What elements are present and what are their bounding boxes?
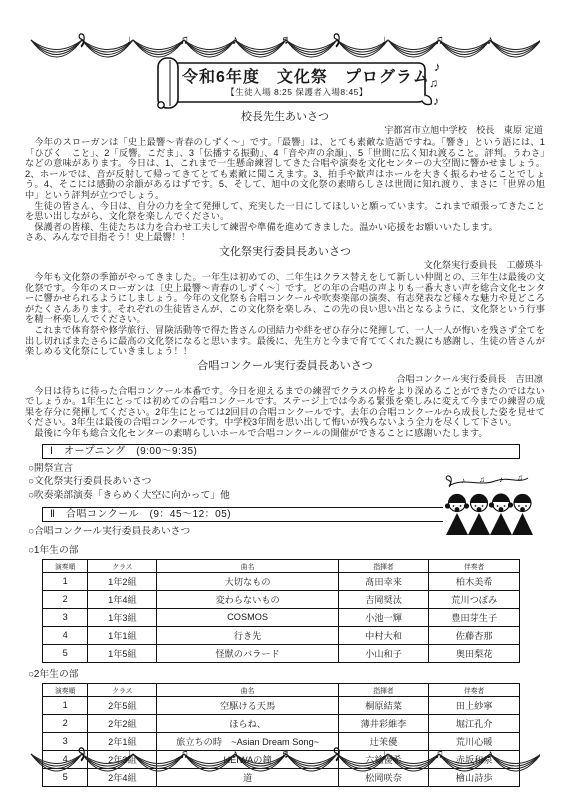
singing-children-illustration: ♪ ♫ ♪ ♫ — [443, 471, 533, 537]
music-note-icon: ♫ — [479, 475, 485, 484]
music-note-icon: ♫ — [429, 76, 438, 90]
table-cell: 怪獣のバラード — [157, 644, 338, 662]
table-header-row: 演奏順クラス曲名指揮者伴奏者 — [43, 559, 520, 572]
column-header: 伴奏者 — [429, 683, 520, 696]
column-header: 伴奏者 — [429, 559, 520, 572]
table-cell: 1年2組 — [88, 572, 157, 590]
music-garland-border: ♩♫♪♬♩♫♪ — [28, 747, 540, 793]
part2-section: Ⅱ 合唱コンクール (9：45～12：05) ♪ ♫ ♪ ♫ — [25, 507, 545, 522]
principal-greeting-heading: 校長先生あいさつ — [25, 111, 545, 124]
column-header: クラス — [88, 559, 157, 572]
table-cell: 4 — [43, 626, 88, 644]
table-cell: 中村大和 — [338, 626, 429, 644]
document-body: 校長先生あいさつ 宇都宮市立旭中学校 校長 東原 定道 今年のスローガンは「史上… — [25, 108, 545, 787]
music-note-icon: ♩ — [127, 747, 140, 761]
music-note-icon: ♫ — [517, 473, 523, 482]
table-cell: 小池一輝 — [338, 608, 429, 626]
table-cell: 空駆ける天馬 — [157, 696, 338, 714]
music-note-icon: ♩ — [127, 33, 140, 47]
music-note-icon: ♩ — [382, 33, 395, 47]
table-cell: 吉岡奨汰 — [338, 590, 429, 608]
grade1-program-table: 演奏順クラス曲名指揮者伴奏者11年2組大切なもの髙田幸来柏木美希21年4組変わら… — [42, 559, 520, 663]
table-cell: 荒川つぼみ — [429, 590, 520, 608]
music-note-icon: ♪ — [232, 747, 239, 761]
festival-chair-paragraph: 今年も文化祭の季節がやってきました。一年生は初めての、二年生はクラス替えをして新… — [25, 272, 545, 325]
table-cell: 田上紗寧 — [429, 696, 520, 714]
festival-chair-paragraph: これまで体育祭や修学旅行、冒険活動等で得た皆さんの団結力や絆をぜひ存分に発揮して… — [25, 325, 545, 357]
column-header: 演奏順 — [43, 559, 88, 572]
table-cell: 柏木美希 — [429, 572, 520, 590]
grade1-label: ○1年生の部 — [28, 544, 545, 557]
table-cell: 5 — [43, 644, 88, 662]
column-header: 曲名 — [157, 683, 338, 696]
table-cell: 行き先 — [157, 626, 338, 644]
principal-paragraph: 生徒の皆さん、今日は、自分の力を全て発揮して、充実した一日にしてほしいと願ってい… — [25, 201, 545, 222]
part1-opening-header: Ⅰ オープニング (9:00～9:35) — [42, 444, 520, 459]
table-cell: COSMOS — [157, 608, 338, 626]
music-note-icon: ♬ — [280, 33, 293, 47]
table-row: 41年1組行き先中村大和佐藤杏那 — [43, 626, 520, 644]
table-cell: 1 — [43, 696, 88, 714]
table-cell: 2 — [43, 714, 88, 732]
slogan-line: さあ、みんなで目指そう！史上最響！！ — [25, 232, 545, 243]
music-note-icon: ♫ — [434, 33, 444, 47]
table-cell: 1年4組 — [88, 590, 157, 608]
table-row: 12年5組空駆ける天馬桐原結菜田上紗寧 — [43, 696, 520, 714]
festival-chair-heading: 文化祭実行委員長あいさつ — [25, 246, 545, 259]
table-row: 11年2組大切なもの髙田幸来柏木美希 — [43, 572, 520, 590]
table-cell: 堀江孔介 — [429, 714, 520, 732]
table-row: 51年5組怪獣のバラード小山和子奥田梨花 — [43, 644, 520, 662]
program-page: ♩♫♪♬♩♫♪ ♪ ♫ ♪ 令和6年度 文化祭 プログラム 【生徒入場 8:25… — [0, 0, 566, 800]
music-note-icon: ♪ — [433, 94, 439, 108]
table-cell: 2年2組 — [88, 714, 157, 732]
table-cell: 髙田幸来 — [338, 572, 429, 590]
table-cell: 2 — [43, 590, 88, 608]
column-header: 指揮者 — [338, 683, 429, 696]
column-header: 曲名 — [157, 559, 338, 572]
music-note-icon: ♪ — [232, 33, 239, 47]
table-cell: 1年5組 — [88, 644, 157, 662]
table-cell: 桐原結菜 — [338, 696, 429, 714]
table-cell: 1年1組 — [88, 626, 157, 644]
table-cell: 変わらないもの — [157, 590, 338, 608]
table-header-row: 演奏順クラス曲名指揮者伴奏者 — [43, 683, 520, 696]
table-cell: 小山和子 — [338, 644, 429, 662]
table-cell: 2年5組 — [88, 696, 157, 714]
music-note-icon: ♪ — [487, 33, 494, 47]
table-cell: 大切なもの — [157, 572, 338, 590]
page-title: 令和6年度 文化祭 プログラム — [182, 64, 412, 87]
entry-times: 【生徒入場 8:25 保護者入場8:45】 — [182, 86, 412, 98]
table-row: 21年4組変わらないもの吉岡奨汰荒川つぼみ — [43, 590, 520, 608]
music-note-icon: ♪ — [434, 59, 441, 74]
table-row: 22年2組ほらね、薄井彩維李堀江孔介 — [43, 714, 520, 732]
column-header: 指揮者 — [338, 559, 429, 572]
column-header: 演奏順 — [43, 683, 88, 696]
chorus-chair-byline: 合唱コンクール実行委員長 吉田凛 — [25, 374, 543, 385]
table-cell: 奥田梨花 — [429, 644, 520, 662]
scroll-banner: ♪ ♫ ♪ 令和6年度 文化祭 プログラム 【生徒入場 8:25 保護者入場8:… — [146, 55, 446, 115]
table-cell: 豊田芽生子 — [429, 608, 520, 626]
principal-paragraph: 今年のスローガンは「史上最響～青春のしずく～」です。「最響」は、とても素敵な造語… — [25, 137, 545, 201]
table-cell: 薄井彩維李 — [338, 714, 429, 732]
music-note-icon: ♬ — [280, 747, 293, 761]
chorus-chair-paragraph: 最後に今年も総合文化センターの素晴らしいホールで合唱コンクールの開催ができること… — [25, 428, 545, 439]
chorus-chair-paragraph: 今日は待ちに待った合唱コンクール本番です。今日を迎えるまでの練習でクラスの枠をよ… — [25, 386, 545, 428]
music-note-icon: ♫ — [179, 33, 189, 47]
music-note-icon: ♪ — [499, 475, 503, 484]
chorus-chair-heading: 合唱コンクール実行委員長あいさつ — [25, 360, 545, 373]
music-note-icon: ♪ — [461, 476, 465, 485]
grade2-label: ○2年生の部 — [28, 668, 545, 681]
music-note-icon: ♪ — [487, 747, 494, 761]
music-note-icon: ♫ — [179, 747, 189, 761]
table-cell: 佐藤杏那 — [429, 626, 520, 644]
principal-paragraph: 保護者の皆様、生徒たちは力を合わせ工夫して練習や準備を進めてきました。温かい応援… — [25, 222, 545, 233]
table-cell: 1 — [43, 572, 88, 590]
table-cell: 1年3組 — [88, 608, 157, 626]
table-row: 31年3組COSMOS小池一輝豊田芽生子 — [43, 608, 520, 626]
music-note-icon: ♫ — [434, 747, 444, 761]
table-cell: ほらね、 — [157, 714, 338, 732]
festival-chair-byline: 文化祭実行委員長 工藤瑛斗 — [25, 260, 543, 271]
column-header: クラス — [88, 683, 157, 696]
table-cell: 3 — [43, 608, 88, 626]
principal-byline: 宇都宮市立旭中学校 校長 東原 定道 — [25, 125, 543, 136]
music-note-icon: ♩ — [382, 747, 395, 761]
